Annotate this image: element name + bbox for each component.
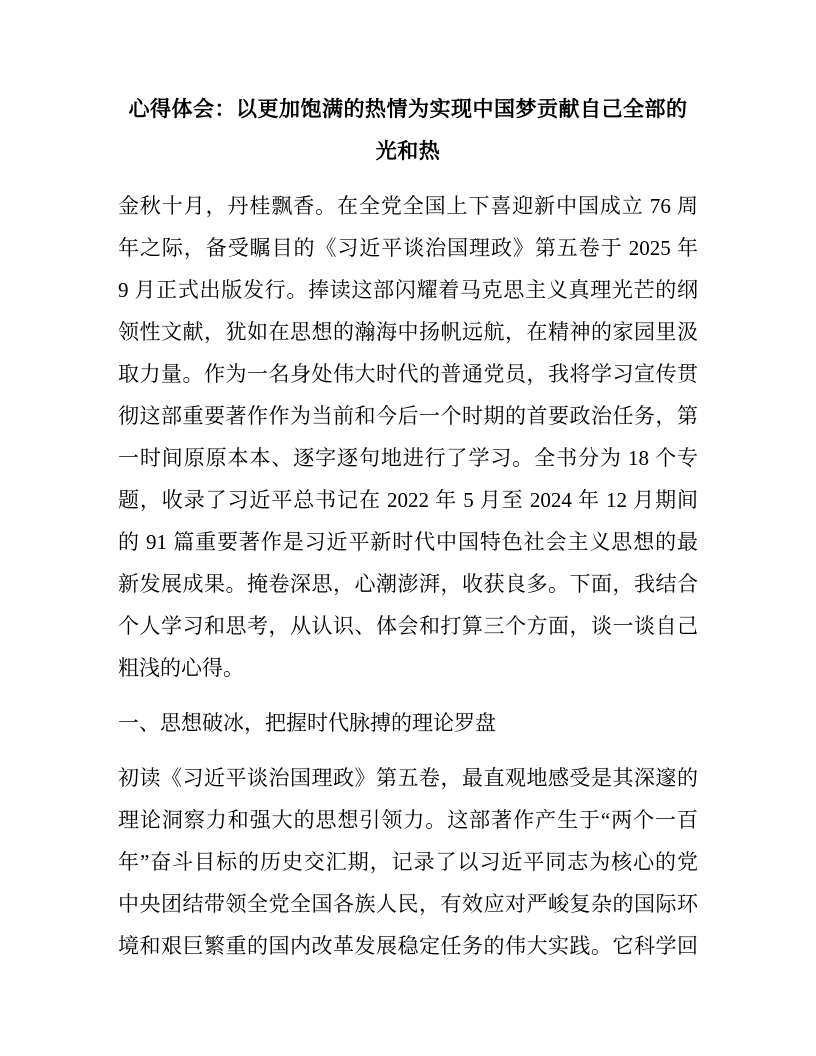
body-line: 中央团结带领全党全国各族人民，有效应对严峻复杂的国际环	[118, 883, 698, 925]
body-line: 金秋十月，丹桂飘香。在全党全国上下喜迎新中国成立 76 周	[118, 185, 698, 227]
title-line-2: 光和热	[118, 130, 698, 172]
paragraph-2: 初读《习近平谈治国理政》第五卷，最直观地感受是其深邃的 理论洞察力和强大的思想引…	[118, 757, 698, 967]
body-line: 粗浅的心得。	[118, 647, 698, 689]
document-page: 心得体会：以更加饱满的热情为实现中国梦贡献自己全部的 光和热 金秋十月，丹桂飘香…	[0, 0, 816, 1056]
body-line: 初读《习近平谈治国理政》第五卷，最直观地感受是其深邃的	[118, 757, 698, 799]
body-line: 年”奋斗目标的历史交汇期，记录了以习近平同志为核心的党	[118, 841, 698, 883]
body-line: 个人学习和思考，从认识、体会和打算三个方面，谈一谈自己	[118, 605, 698, 647]
body-line: 题，收录了习近平总书记在 2022 年 5 月至 2024 年 12 月期间	[118, 479, 698, 521]
body-line: 彻这部重要著作作为当前和今后一个时期的首要政治任务，第	[118, 395, 698, 437]
paragraph-1: 金秋十月，丹桂飘香。在全党全国上下喜迎新中国成立 76 周 年之际，备受瞩目的《…	[118, 185, 698, 689]
body-line: 新发展成果。掩卷深思，心潮澎湃，收获良多。下面，我结合	[118, 563, 698, 605]
body-line: 一时间原原本本、逐字逐句地进行了学习。全书分为 18 个专	[118, 437, 698, 479]
body-line: 领性文献，犹如在思想的瀚海中扬帆远航，在精神的家园里汲	[118, 311, 698, 353]
body-line: 取力量。作为一名身处伟大时代的普通党员，我将学习宣传贯	[118, 353, 698, 395]
body-line: 理论洞察力和强大的思想引领力。这部著作产生于“两个一百	[118, 799, 698, 841]
body-line: 年之际，备受瞩目的《习近平谈治国理政》第五卷于 2025 年	[118, 227, 698, 269]
body-line: 境和艰巨繁重的国内改革发展稳定任务的伟大实践。它科学回	[118, 925, 698, 967]
section-heading-1: 一、思想破冰，把握时代脉搏的理论罗盘	[118, 702, 698, 744]
document-title: 心得体会：以更加饱满的热情为实现中国梦贡献自己全部的 光和热	[118, 88, 698, 172]
title-line-1: 心得体会：以更加饱满的热情为实现中国梦贡献自己全部的	[118, 88, 698, 130]
body-line: 9 月正式出版发行。捧读这部闪耀着马克思主义真理光芒的纲	[118, 269, 698, 311]
body-line: 的 91 篇重要著作是习近平新时代中国特色社会主义思想的最	[118, 521, 698, 563]
